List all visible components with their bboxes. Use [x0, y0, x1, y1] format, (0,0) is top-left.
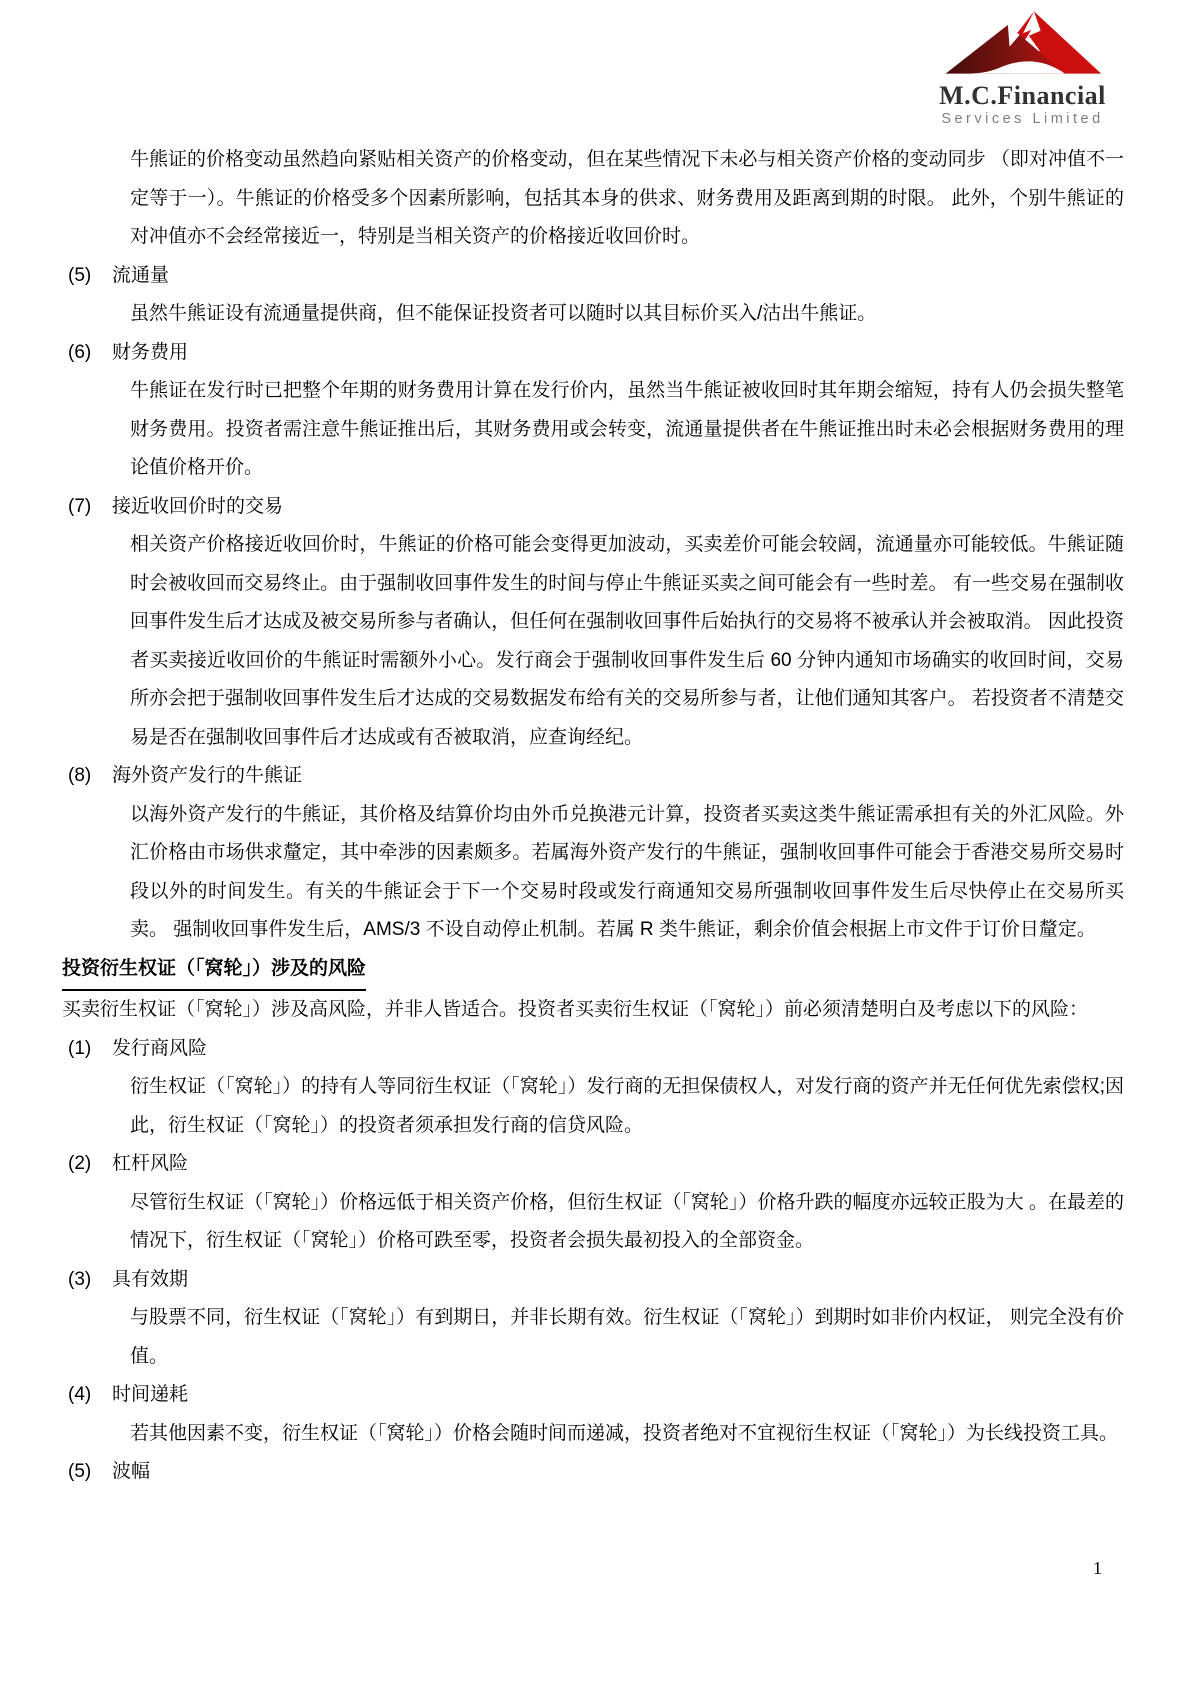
item-body: 虽然牛熊证设有流通量提供商，但不能保证投资者可以随时以其目标价买入/沽出牛熊证。: [62, 295, 1124, 334]
list-item: (6)财务费用牛熊证在发行时已把整个年期的财务费用计算在发行价内，虽然当牛熊证被…: [62, 334, 1124, 488]
warrants-intro-paragraph: 买卖衍生权证（「窝轮」）涉及高风险，并非人皆适合。投资者买卖衍生权证（「窝轮」）…: [62, 991, 1124, 1030]
warrant-risk-list: (1)发行商风险衍生权证（「窝轮」）的持有人等同衍生权证（「窝轮」）发行商的无担…: [62, 1030, 1124, 1492]
item-number: (5): [68, 1453, 112, 1492]
item-body: 牛熊证在发行时已把整个年期的财务费用计算在发行价内，虽然当牛熊证被收回时其年期会…: [62, 372, 1124, 488]
item-number: (5): [68, 257, 112, 296]
warrants-section-heading-text: 投资衍生权证（「窝轮」）涉及的风险: [62, 950, 366, 992]
item-title: 发行商风险: [112, 1038, 207, 1059]
item-number: (6): [68, 334, 112, 373]
item-number: (3): [68, 1261, 112, 1300]
warrants-section-heading: 投资衍生权证（「窝轮」）涉及的风险: [62, 950, 1124, 992]
item-heading: (4)时间递耗: [62, 1376, 1124, 1415]
item-body: 尽管衍生权证（「窝轮」）价格远低于相关资产价格，但衍生权证（「窝轮」）价格升跌的…: [62, 1184, 1124, 1261]
item-title: 财务费用: [112, 342, 188, 363]
item-body: 与股票不同，衍生权证（「窝轮」）有到期日，并非长期有效。衍生权证（「窝轮」）到期…: [62, 1299, 1124, 1376]
company-name: M.C.Financial: [925, 82, 1120, 109]
list-item: (7)接近收回价时的交易相关资产价格接近收回价时，牛熊证的价格可能会变得更加波动…: [62, 488, 1124, 758]
cbbc-risk-list: (5)流通量虽然牛熊证设有流通量提供商，但不能保证投资者可以随时以其目标价买入/…: [62, 257, 1124, 950]
document-body: 牛熊证的价格变动虽然趋向紧贴相关资产的价格变动，但在某些情况下未必与相关资产价格…: [62, 141, 1124, 1492]
item-heading: (3)具有效期: [62, 1261, 1124, 1300]
item-body: 以海外资产发行的牛熊证，其价格及结算价均由外币兑换港元计算，投资者买卖这类牛熊证…: [62, 796, 1124, 950]
item-heading: (5)流通量: [62, 257, 1124, 296]
list-item: (1)发行商风险衍生权证（「窝轮」）的持有人等同衍生权证（「窝轮」）发行商的无担…: [62, 1030, 1124, 1146]
item-heading: (1)发行商风险: [62, 1030, 1124, 1069]
list-item: (3)具有效期与股票不同，衍生权证（「窝轮」）有到期日，并非长期有效。衍生权证（…: [62, 1261, 1124, 1377]
list-item: (5)流通量虽然牛熊证设有流通量提供商，但不能保证投资者可以随时以其目标价买入/…: [62, 257, 1124, 334]
mountain-logo-icon: [937, 8, 1109, 82]
item-heading: (5)波幅: [62, 1453, 1124, 1492]
company-subtitle: Services Limited: [925, 111, 1120, 127]
list-item: (4)时间递耗若其他因素不变，衍生权证（「窝轮」）价格会随时间而递减，投资者绝对…: [62, 1376, 1124, 1453]
item-number: (2): [68, 1145, 112, 1184]
item-heading: (2)杠杆风险: [62, 1145, 1124, 1184]
item-title: 接近收回价时的交易: [112, 496, 283, 517]
cbbc-lead-paragraph: 牛熊证的价格变动虽然趋向紧贴相关资产的价格变动，但在某些情况下未必与相关资产价格…: [62, 141, 1124, 257]
item-heading: (6)财务费用: [62, 334, 1124, 373]
document-page: M.C.Financial Services Limited 牛熊证的价格变动虽…: [0, 0, 1190, 1683]
item-heading: (7)接近收回价时的交易: [62, 488, 1124, 527]
item-title: 具有效期: [112, 1269, 188, 1290]
list-item: (8)海外资产发行的牛熊证以海外资产发行的牛熊证，其价格及结算价均由外币兑换港元…: [62, 757, 1124, 950]
item-number: (1): [68, 1030, 112, 1069]
item-title: 时间递耗: [112, 1384, 188, 1405]
item-number: (8): [68, 757, 112, 796]
item-body: 衍生权证（「窝轮」）的持有人等同衍生权证（「窝轮」）发行商的无担保债权人，对发行…: [62, 1068, 1124, 1145]
item-number: (7): [68, 488, 112, 527]
company-logo: M.C.Financial Services Limited: [925, 8, 1120, 127]
item-body: 相关资产价格接近收回价时，牛熊证的价格可能会变得更加波动，买卖差价可能会较阔，流…: [62, 526, 1124, 757]
item-title: 流通量: [112, 265, 169, 286]
item-title: 海外资产发行的牛熊证: [112, 765, 302, 786]
list-item: (5)波幅: [62, 1453, 1124, 1492]
item-body: 若其他因素不变，衍生权证（「窝轮」）价格会随时间而递减，投资者绝对不宜视衍生权证…: [62, 1415, 1124, 1454]
item-heading: (8)海外资产发行的牛熊证: [62, 757, 1124, 796]
item-number: (4): [68, 1376, 112, 1415]
page-number: 1: [1093, 1558, 1102, 1579]
list-item: (2)杠杆风险尽管衍生权证（「窝轮」）价格远低于相关资产价格，但衍生权证（「窝轮…: [62, 1145, 1124, 1261]
item-title: 波幅: [112, 1461, 150, 1482]
item-title: 杠杆风险: [112, 1153, 188, 1174]
